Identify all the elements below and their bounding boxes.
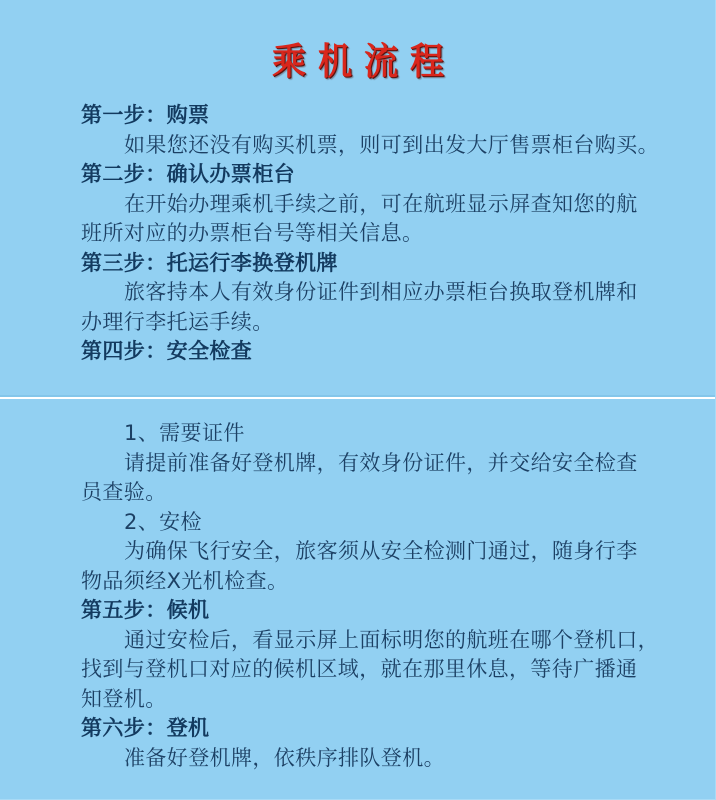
step-5-heading: 第五步：候机 <box>81 596 651 626</box>
boarding-process-page: 乘机流程 第一步：购票 如果您还没有购买机票，则可到出发大厅售票柜台购买。 第二… <box>0 0 716 800</box>
steps-panel-bottom: 1、需要证件 请提前准备好登机牌，有效身份证件，并交给安全检查 员查验。 2、安… <box>81 419 651 773</box>
step-1-body: 如果您还没有购买机票，则可到出发大厅售票柜台购买。 <box>81 131 651 161</box>
step-5-body-line-2: 找到与登机口对应的候机区域，就在那里休息，等待广播通 <box>81 655 651 685</box>
step-5-body-line-1: 通过安检后，看显示屏上面标明您的航班在哪个登机口， <box>81 626 651 656</box>
step-4-sub-2-body-line-1: 为确保飞行安全，旅客须从安全检测门通过，随身行李 <box>81 537 651 567</box>
step-1-heading: 第一步：购票 <box>81 101 651 131</box>
step-4-sub-1-body-line-1: 请提前准备好登机牌，有效身份证件，并交给安全检查 <box>81 449 651 479</box>
steps-panel-top: 第一步：购票 如果您还没有购买机票，则可到出发大厅售票柜台购买。 第二步：确认办… <box>81 101 651 367</box>
page-title: 乘机流程 <box>0 38 716 86</box>
step-4-sub-1-body-line-2: 员查验。 <box>81 478 651 508</box>
step-2-heading: 第二步：确认办票柜台 <box>81 160 651 190</box>
step-2-body-line-2: 班所对应的办票柜台号等相关信息。 <box>81 219 651 249</box>
step-2-body-line-1: 在开始办理乘机手续之前，可在航班显示屏查知您的航 <box>81 190 651 220</box>
step-6-body: 准备好登机牌，依秩序排队登机。 <box>81 744 651 774</box>
step-5-body-line-3: 知登机。 <box>81 685 651 715</box>
step-3-body-line-2: 办理行李托运手续。 <box>81 308 651 338</box>
step-4-sub-2-body-line-2: 物品须经X光机检查。 <box>81 567 651 597</box>
step-3-body-line-1: 旅客持本人有效身份证件到相应办票柜台换取登机牌和 <box>81 278 651 308</box>
panel-divider <box>0 397 716 399</box>
step-4-heading: 第四步：安全检查 <box>81 337 651 367</box>
step-6-heading: 第六步：登机 <box>81 714 651 744</box>
step-4-sub-1-title: 1、需要证件 <box>81 419 651 449</box>
step-3-heading: 第三步：托运行李换登机牌 <box>81 249 651 279</box>
step-4-sub-2-title: 2、安检 <box>81 508 651 538</box>
